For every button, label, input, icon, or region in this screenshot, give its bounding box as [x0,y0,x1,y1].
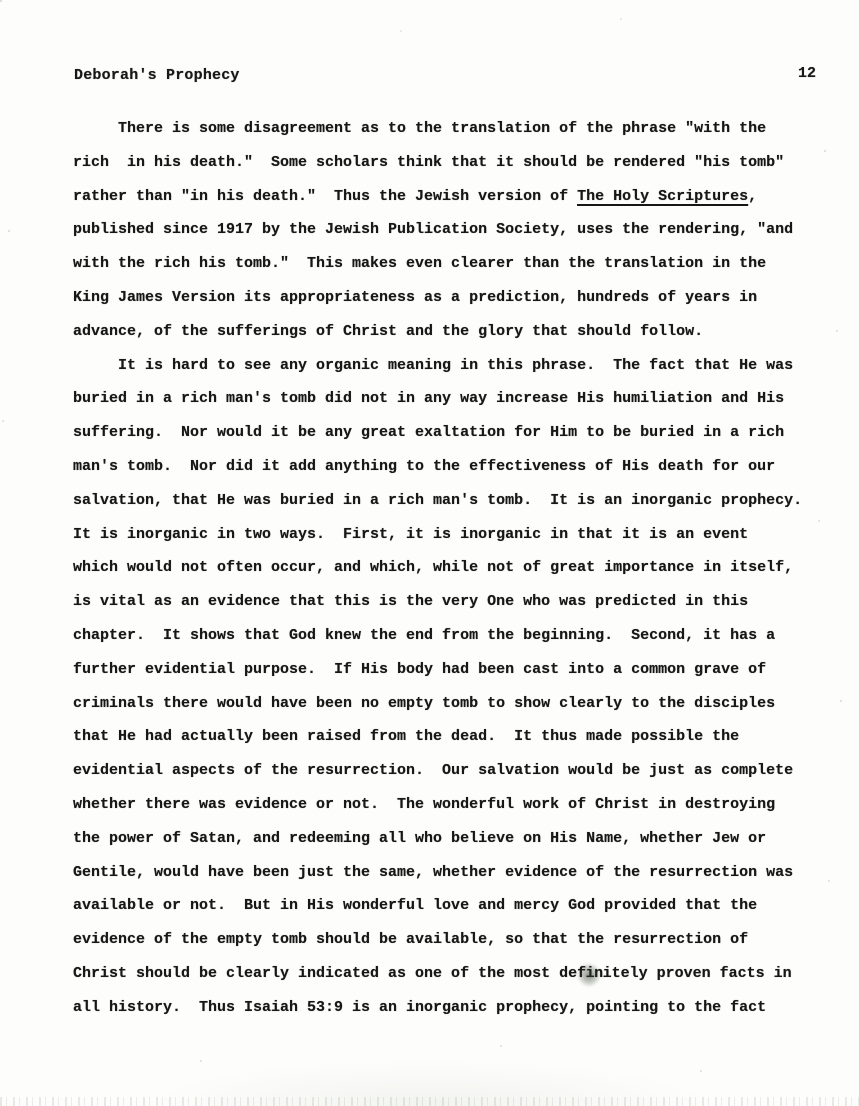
text-line: all history. Thus Isaiah 53:9 is an inor… [73,991,802,1025]
text-line: the power of Satan, and redeeming all wh… [73,822,802,856]
text-line: Gentile, would have been just the same, … [73,856,802,890]
text-segment: salvation, that He was buried in a rich … [73,492,802,509]
text-line: is vital as an evidence that this is the… [73,585,802,619]
text-segment: evidential aspects of the resurrection. … [73,762,793,779]
text-line: It is inorganic in two ways. First, it i… [73,518,802,552]
text-segment: whether there was evidence or not. The w… [73,796,775,813]
text-segment: advance, of the sufferings of Christ and… [73,323,703,340]
text-line: that He had actually been raised from th… [73,720,802,754]
text-segment: rather than "in his death." Thus the Jew… [73,188,577,205]
ink-smudge: fin [577,965,603,982]
text-line: published since 1917 by the Jewish Publi… [73,213,802,247]
document-title: Deborah's Prophecy [74,67,240,84]
text-segment: further evidential purpose. If His body … [73,661,766,678]
text-line: with the rich his tomb." This makes even… [73,247,802,281]
text-line: rich in his death." Some scholars think … [73,146,802,180]
text-segment: , [748,188,757,205]
text-segment: criminals there would have been no empty… [73,695,775,712]
text-segment: which would not often occur, and which, … [73,559,793,576]
text-segment: buried in a rich man's tomb did not in a… [73,390,784,407]
text-segment: rich in his death." Some scholars think … [73,154,784,171]
text-line: chapter. It shows that God knew the end … [73,619,802,653]
text-segment: suffering. Nor would it be any great exa… [73,424,784,441]
text-segment: with the rich his tomb." This makes even… [73,255,766,272]
underlined-text: The Holy Scriptures [577,188,748,205]
scan-speckle [0,0,2,2]
text-segment: There is some disagreement as to the tra… [73,120,766,137]
text-segment: that He had actually been raised from th… [73,728,739,745]
text-line: It is hard to see any organic meaning in… [73,349,802,383]
text-line: buried in a rich man's tomb did not in a… [73,382,802,416]
text-line: available or not. But in His wonderful l… [73,889,802,923]
page-number: 12 [798,65,816,82]
text-line: There is some disagreement as to the tra… [73,112,802,146]
text-line: man's tomb. Nor did it add anything to t… [73,450,802,484]
text-line: criminals there would have been no empty… [73,687,802,721]
text-segment: evidence of the empty tomb should be ava… [73,931,748,948]
text-segment: available or not. But in His wonderful l… [73,897,757,914]
text-segment: man's tomb. Nor did it add anything to t… [73,458,775,475]
document-page: Deborah's Prophecy 12 There is some disa… [0,0,859,1106]
text-segment: It is inorganic in two ways. First, it i… [73,526,748,543]
text-segment: published since 1917 by the Jewish Publi… [73,221,793,238]
text-line: advance, of the sufferings of Christ and… [73,315,802,349]
text-line: evidential aspects of the resurrection. … [73,754,802,788]
text-line: Christ should be clearly indicated as on… [73,957,802,991]
text-line: which would not often occur, and which, … [73,551,802,585]
text-line: evidence of the empty tomb should be ava… [73,923,802,957]
text-line: whether there was evidence or not. The w… [73,788,802,822]
text-line: salvation, that He was buried in a rich … [73,484,802,518]
text-line: King James Version its appropriateness a… [73,281,802,315]
text-segment: Christ should be clearly indicated as on… [73,965,577,982]
text-segment: Gentile, would have been just the same, … [73,864,793,881]
text-line: rather than "in his death." Thus the Jew… [73,180,802,214]
text-segment: all history. Thus Isaiah 53:9 is an inor… [73,999,766,1016]
text-segment: the power of Satan, and redeeming all wh… [73,830,766,847]
scan-edge-artifact [0,1097,859,1106]
text-line: suffering. Nor would it be any great exa… [73,416,802,450]
text-segment: itely proven facts in [603,965,792,982]
text-segment: chapter. It shows that God knew the end … [73,627,775,644]
text-segment: It is hard to see any organic meaning in… [73,357,793,374]
document-body: There is some disagreement as to the tra… [73,112,802,1025]
text-segment: King James Version its appropriateness a… [73,289,757,306]
text-line: further evidential purpose. If His body … [73,653,802,687]
text-segment: is vital as an evidence that this is the… [73,593,748,610]
